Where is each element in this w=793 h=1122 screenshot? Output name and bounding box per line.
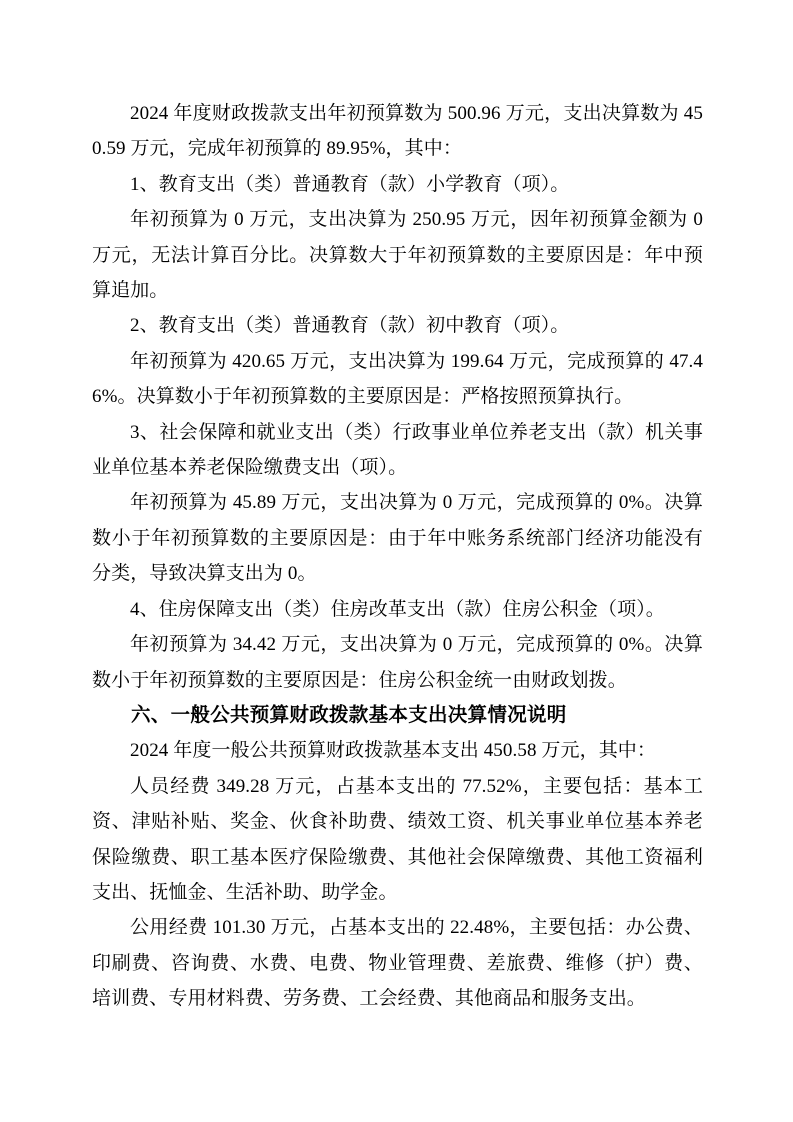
item-1-detail-paragraph: 年初预算为 0 万元，支出决算为 250.95 万元，因年初预算金额为 0 万元… bbox=[92, 202, 703, 308]
fiscal-expenditure-summary-paragraph: 2024 年度财政拨款支出年初预算数为 500.96 万元，支出决算数为 450… bbox=[92, 96, 703, 167]
item-4-title-paragraph: 4、住房保障支出（类）住房改革支出（款）住房公积金（项）。 bbox=[92, 592, 703, 627]
basic-expenditure-summary-paragraph: 2024 年度一般公共预算财政拨款基本支出 450.58 万元，其中： bbox=[92, 733, 703, 768]
document-page: 2024 年度财政拨款支出年初预算数为 500.96 万元，支出决算数为 450… bbox=[0, 0, 793, 1122]
public-funds-paragraph: 公用经费 101.30 万元，占基本支出的 22.48%，主要包括：办公费、印刷… bbox=[92, 910, 703, 1016]
document-body: 2024 年度财政拨款支出年初预算数为 500.96 万元，支出决算数为 450… bbox=[92, 96, 703, 1017]
item-2-title-paragraph: 2、教育支出（类）普通教育（款）初中教育（项）。 bbox=[92, 308, 703, 343]
item-2-detail-paragraph: 年初预算为 420.65 万元，支出决算为 199.64 万元，完成预算的 47… bbox=[92, 344, 703, 415]
personnel-funds-paragraph: 人员经费 349.28 万元，占基本支出的 77.52%，主要包括：基本工资、津… bbox=[92, 769, 703, 911]
item-1-title-paragraph: 1、教育支出（类）普通教育（款）小学教育（项）。 bbox=[92, 167, 703, 202]
section-6-heading: 六、一般公共预算财政拨款基本支出决算情况说明 bbox=[92, 698, 703, 733]
item-3-detail-paragraph: 年初预算为 45.89 万元，支出决算为 0 万元，完成预算的 0%。决算数小于… bbox=[92, 485, 703, 591]
item-4-detail-paragraph: 年初预算为 34.42 万元，支出决算为 0 万元，完成预算的 0%。决算数小于… bbox=[92, 627, 703, 698]
item-3-title-paragraph: 3、社会保障和就业支出（类）行政事业单位养老支出（款）机关事业单位基本养老保险缴… bbox=[92, 415, 703, 486]
